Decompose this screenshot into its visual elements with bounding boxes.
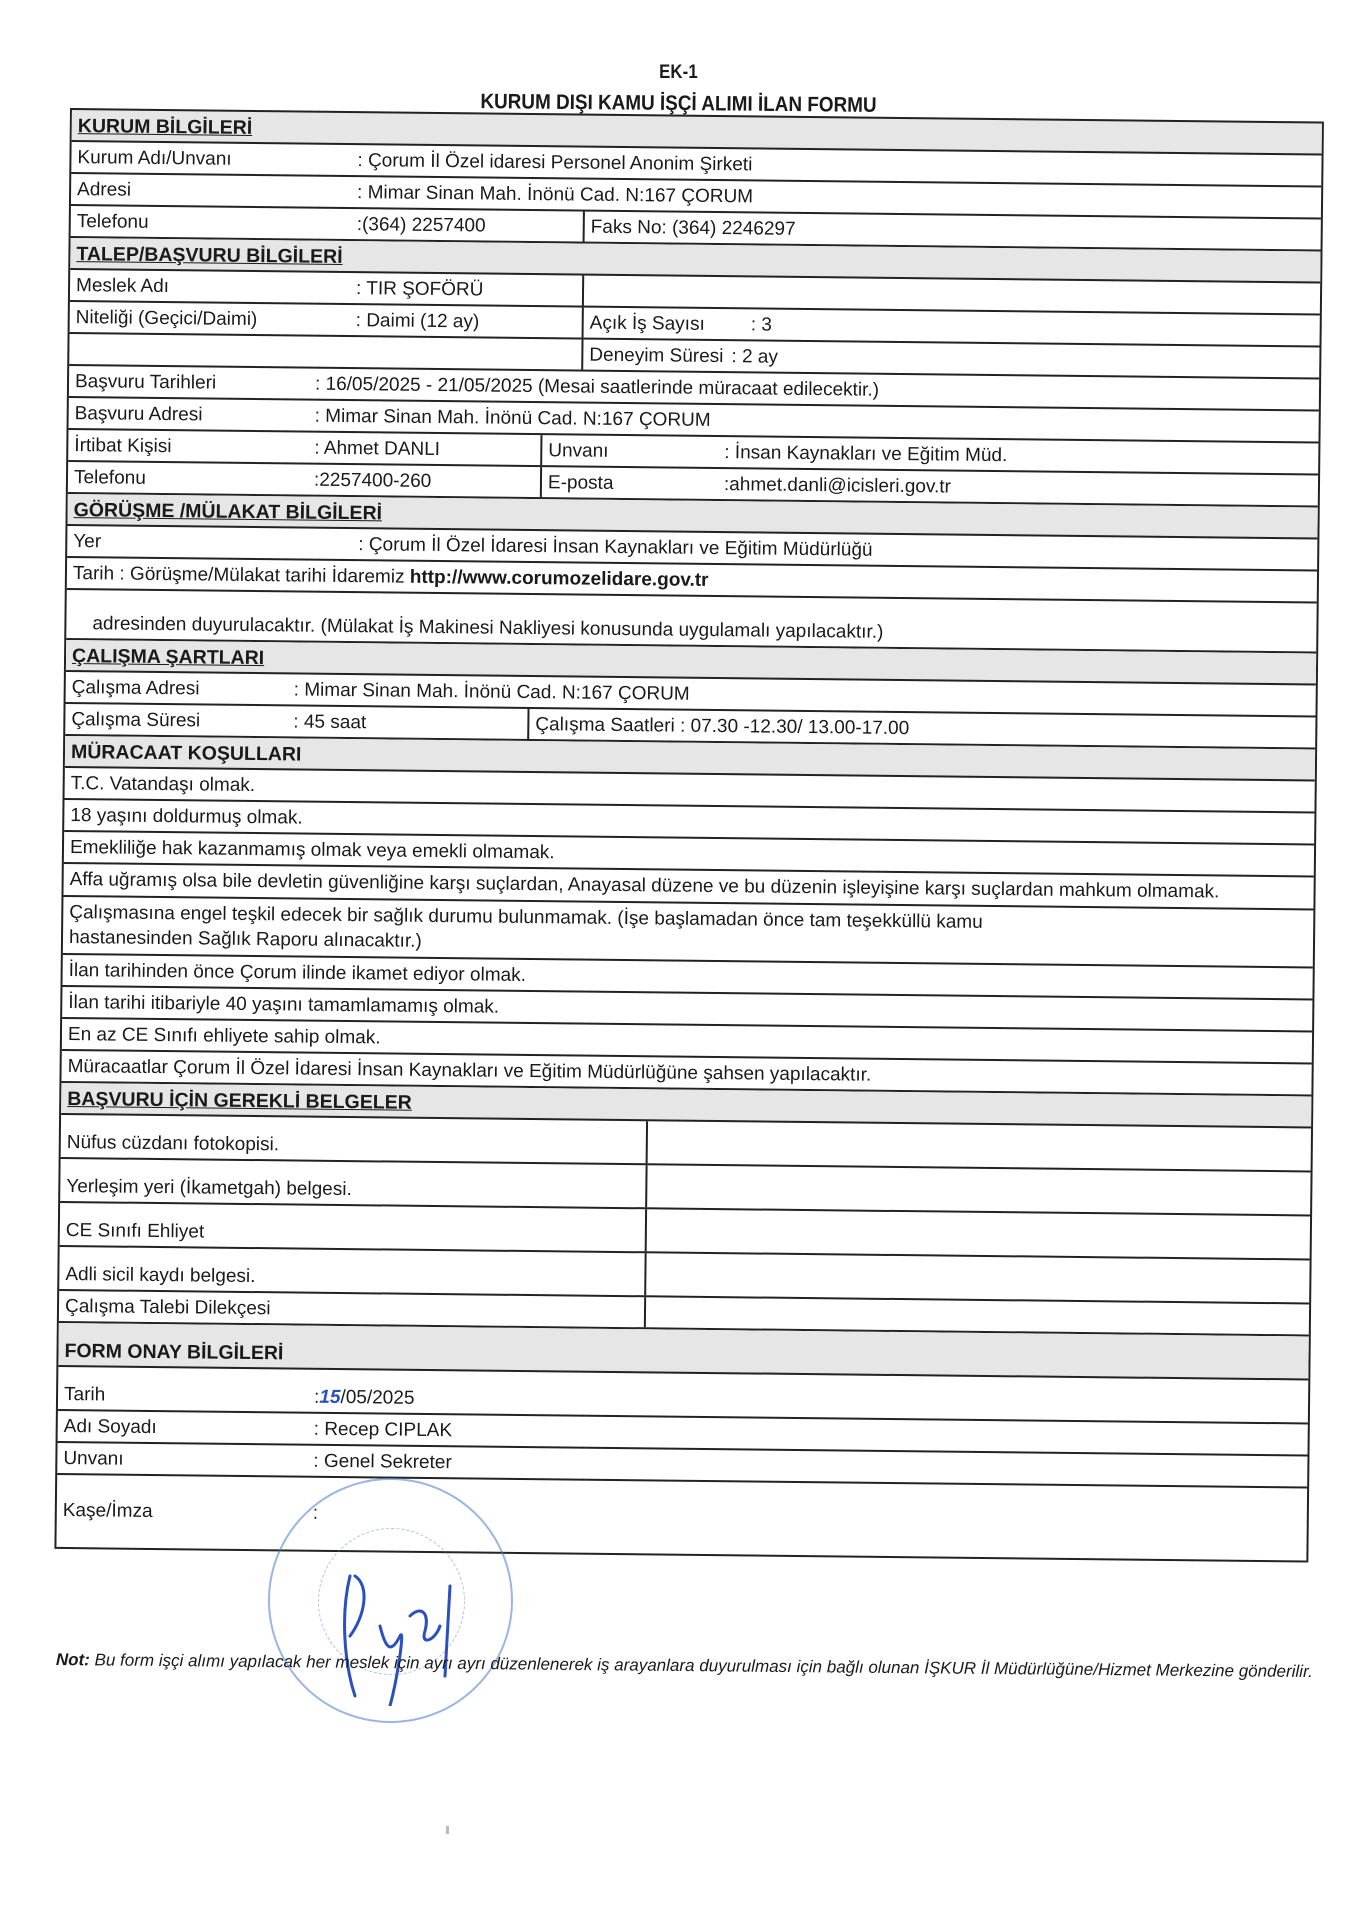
field-label: Deneyim Süresi	[589, 345, 723, 368]
field-value: : Daimi (12 ay)	[350, 307, 582, 338]
handwritten-day: 15	[319, 1387, 340, 1408]
document-text: CE Sınıfı Ehliyet	[60, 1217, 645, 1251]
section-heading: KURUM BİLGİLERİ	[72, 112, 259, 142]
field-text: Tarih : Görüşme/Mülakat tarihi İdaremiz	[73, 563, 410, 588]
field-label: Unvanı	[540, 435, 718, 467]
field-label: Niteliği (Geçici/Daimi)	[70, 304, 350, 335]
empty-cell	[645, 1209, 1310, 1258]
field-value: : 3	[751, 314, 772, 336]
document-page: EK-1 KURUM DIŞI KAMU İŞÇİ ALIMI İLAN FOR…	[0, 0, 1357, 1920]
field-text: /05/2025	[340, 1387, 414, 1409]
section-heading: FORM ONAY BİLGİLERİ	[58, 1337, 289, 1367]
note-label: Not:	[56, 1650, 90, 1669]
field-label: Telefonu	[71, 208, 351, 239]
document-text: Çalışma Talebi Dilekçesi	[59, 1293, 644, 1327]
field-value: :	[307, 1500, 1307, 1539]
field-label: Kaşe/İmza	[57, 1497, 307, 1528]
field-value: :2257400-260	[308, 467, 540, 498]
section-heading: TALEP/BAŞVURU BİLGİLERİ	[70, 240, 348, 271]
field-label: Başvuru Adresi	[69, 400, 309, 431]
document-text: Nüfus cüzdanı fotokopisi.	[61, 1129, 646, 1163]
note-text: Bu form işçi alımı yapılacak her meslek …	[90, 1650, 1313, 1681]
empty-cell	[646, 1121, 1311, 1170]
field-value: : 45 saat	[287, 708, 527, 739]
field-value: :(364) 2257400	[351, 211, 583, 242]
document-text: Adli sicil kaydı belgesi.	[59, 1261, 644, 1295]
email-value: :ahmet.danli@icisleri.gov.tr	[718, 471, 1318, 505]
annex-label: EK-1	[81, 62, 1275, 84]
field-label: Başvuru Tarihleri	[69, 368, 309, 399]
field-label: E-posta	[540, 467, 718, 499]
field-label: İrtibat Kişisi	[68, 432, 308, 463]
website-link[interactable]: http://www.corumozelidare.gov.tr	[410, 567, 709, 591]
field-label: Çalışma Adresi	[66, 674, 288, 704]
field-value: : İnsan Kaynakları ve Eğitim Müd.	[718, 439, 1318, 473]
field-label: Çalışma Süresi	[65, 706, 287, 736]
empty-cell	[644, 1297, 1309, 1334]
footer-note: Not: Bu form işçi alımı yapılacak her me…	[56, 1647, 1316, 1685]
field-label: Tarih	[58, 1381, 308, 1412]
field-label: Telefonu	[68, 464, 308, 495]
document-text: Yerleşim yeri (İkametgah) belgesi.	[60, 1173, 645, 1207]
field-label: Açık İş Sayısı	[590, 313, 705, 336]
section-heading: MÜRACAAT KOŞULLARI	[65, 738, 308, 769]
section-heading: ÇALIŞMA ŞARTLARI	[66, 642, 270, 672]
section-heading: BAŞVURU İÇİN GEREKLİ BELGELER	[61, 1085, 418, 1117]
field-label: Kurum Adı/Unvanı	[71, 144, 351, 175]
field-label: Adı Soyadı	[58, 1413, 308, 1444]
row-onay-kase: Kaşe/İmza :	[56, 1475, 1307, 1563]
field-label: Adresi	[71, 176, 351, 207]
section-heading: GÖRÜŞME /MÜLAKAT BİLGİLERİ	[67, 496, 388, 527]
form-table: KURUM BİLGİLERİ Kurum Adı/Unvanı : Çorum…	[54, 108, 1324, 1562]
empty-cell	[644, 1253, 1309, 1302]
field-label: Unvanı	[57, 1445, 307, 1476]
empty-cell	[645, 1165, 1310, 1214]
field-value: : Ahmet DANLI	[308, 435, 540, 466]
signature-icon	[330, 1556, 480, 1706]
field-value: : TIR ŞOFÖRÜ	[350, 275, 582, 306]
scan-artifact	[446, 1826, 449, 1834]
field-label: Meslek Adı	[70, 272, 350, 303]
field-value: : 2 ay	[731, 346, 778, 369]
field-label: Yer	[67, 528, 352, 559]
